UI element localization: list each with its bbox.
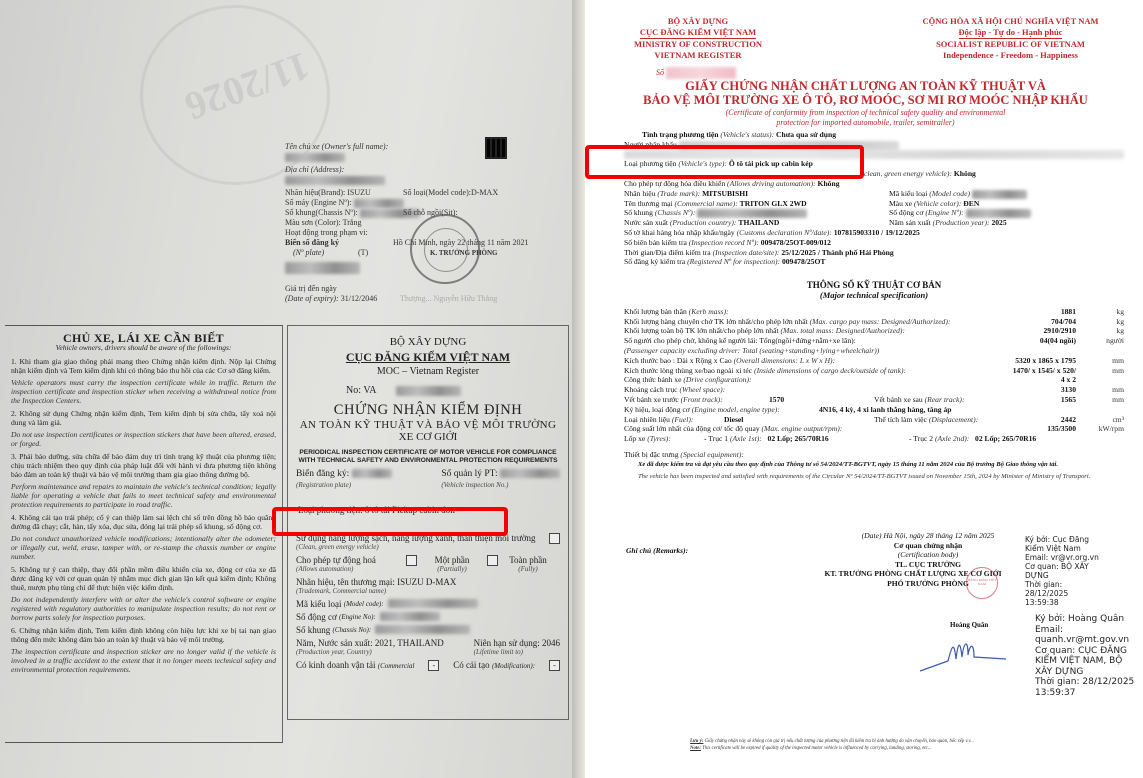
rd-automation-value: Không bbox=[818, 179, 840, 188]
brand-value: ISUZU bbox=[347, 188, 371, 197]
rd-republic: CỘNG HÒA XÃ HỘI CHỦ NGHĨA VIỆT NAM bbox=[888, 16, 1133, 27]
rd-commercial-name-label: Tên thương mại bbox=[624, 199, 673, 208]
spec-row-unit: mm bbox=[1084, 366, 1124, 376]
rd-inspection-value: 25/12/2025 / Thành phố Hải Phòng bbox=[781, 248, 893, 257]
note-item-en: Perform maintenance and repairs to maint… bbox=[11, 482, 276, 509]
rd-color-label: Màu xe bbox=[889, 199, 912, 208]
rd-title-line-1: GIẤY CHỨNG NHẬN CHẤT LƯỢNG AN TOÀN KỸ TH… bbox=[588, 79, 1143, 93]
commercial-checkbox: - bbox=[428, 660, 439, 671]
registration-label-en: (Registration plate) bbox=[296, 481, 351, 489]
rd-record-label-en: (Inspection record Nº): bbox=[689, 238, 759, 247]
rd-customs-value: 107815903310 / 19/12/2025 bbox=[834, 228, 920, 237]
spec-row-value: 2910/2910 bbox=[1044, 326, 1077, 336]
rd-year-label: Năm sản xuất bbox=[889, 218, 931, 227]
rd-registered-value: 009478/25OT bbox=[782, 257, 825, 266]
rd-motto: Độc lập - Tự do - Hạnh phúc bbox=[959, 27, 1063, 39]
modification-checkbox: - bbox=[549, 660, 560, 671]
rd-inspection-label-en: (Inspection date/site): bbox=[713, 248, 780, 257]
signature-line: DỰNG bbox=[1025, 571, 1099, 580]
spec-row-label-en: (Kerb mass): bbox=[689, 307, 729, 316]
expiry-value: 31/12/2046 bbox=[341, 294, 377, 303]
digital-signature-agency: Ký bởi: Cục ĐăngKiểm Việt NamEmail: vr@v… bbox=[1025, 535, 1099, 607]
spec-row-label: Khối lượng bản thân bbox=[624, 307, 687, 316]
spec-row-label: Kích thước lòng thùng xe/bao ngoài xi té… bbox=[624, 366, 752, 375]
rd-model-code-label: Mã kiểu loại bbox=[889, 189, 927, 198]
axle2-value: 02 Lốp; 265/70R16 bbox=[975, 434, 1036, 443]
rd-engine-label-en: (Engine Nº): bbox=[925, 208, 963, 217]
spec-row-value: 5320 x 1865 x 1795 bbox=[1015, 356, 1076, 366]
color-label: Màu sơn (Color): bbox=[285, 218, 341, 227]
spec-row: Khối lượng toàn bộ TK lớn nhất/cho phép … bbox=[624, 326, 1124, 336]
spec-row-label-en: (Overall dimensions: L x W x H): bbox=[734, 356, 836, 365]
rear-track-label: Vết bánh xe sau bbox=[874, 395, 923, 404]
rd-year-value: 2025 bbox=[991, 218, 1006, 227]
trademark-label-en: (Trademark, Commercial name) bbox=[296, 587, 456, 596]
lifetime-value: 2046 bbox=[542, 638, 560, 648]
cert-title: CHỨNG NHẬN KIỂM ĐỊNH bbox=[296, 402, 560, 419]
rd-number-label: Số bbox=[656, 68, 664, 77]
engine-model-value: 4N16, 4 kỳ, 4 xi lanh thẳng hàng, tăng á… bbox=[819, 405, 952, 415]
rd-registered-label: Số đăng ký kiểm tra bbox=[624, 257, 685, 266]
spec-row-label-en: (Inside dimensions of cargo deck/outside… bbox=[754, 366, 906, 375]
fully-label: Toàn phần bbox=[509, 555, 547, 565]
cert-title-en: PERIODICAL INSPECTION CERTIFICATE OF MOT… bbox=[296, 449, 560, 465]
spec-row-value: 4 x 2 bbox=[1061, 375, 1076, 385]
rd-country-label: Nước sản xuất bbox=[624, 218, 668, 227]
modification-label: Có cải tạo bbox=[453, 660, 490, 670]
notes-list: 1. Khi tham gia giao thông phải mang the… bbox=[11, 357, 276, 674]
spec-row-label: Công thức bánh xe bbox=[624, 375, 681, 384]
engine-model-label-en: (Engine model, engine type): bbox=[692, 405, 780, 414]
lifetime-label-en: (Lifetime limit to) bbox=[474, 648, 560, 657]
spec-row: Kích thước lòng thùng xe/bao ngoài xi té… bbox=[624, 366, 1124, 376]
note-item-en: Vehicle operators must carry the inspect… bbox=[11, 378, 276, 405]
note-item-vi: 4. Không cải tạo trái phép; cố ý can thi… bbox=[11, 513, 276, 531]
red-seal-icon: ĐĂNG KIỂM VIỆT NAM bbox=[966, 567, 998, 599]
spec-row-value: 04(04 ngồi) bbox=[1040, 336, 1076, 346]
owner-card: Tên chủ xe (Owner's full name): Địa chỉ … bbox=[285, 142, 535, 304]
rear-track-unit: mm bbox=[1084, 395, 1124, 405]
spec-row: (Passenger capacity excluding driver: To… bbox=[624, 346, 1124, 356]
rd-country-label-en: (Production country): bbox=[670, 218, 737, 227]
expiry-label: Giá trị đến ngày bbox=[285, 284, 337, 293]
footnote-vi: Giấy chứng nhận này sẽ không còn giá trị… bbox=[705, 739, 974, 744]
rd-title: GIẤY CHỨNG NHẬN CHẤT LƯỢNG AN TOÀN KỸ TH… bbox=[588, 79, 1143, 107]
highlight-box-left bbox=[272, 507, 508, 536]
compliance-statement-vi: Xe đã được kiểm tra và đạt yêu cầu theo … bbox=[624, 460, 1124, 469]
footnote-vi-label: Lưu ý: bbox=[690, 739, 703, 744]
production-label: Năm, Nước sản xuất: bbox=[296, 638, 373, 648]
fuel-value: Diesel bbox=[724, 415, 743, 425]
cert-title-2: AN TOÀN KỸ THUẬT VÀ BẢO VỆ MÔI TRƯỜNG bbox=[296, 419, 560, 431]
rd-customs-label: Số tờ khai hàng hóa nhập khẩu/ngày bbox=[624, 228, 735, 237]
sign-date-line: (Date) Hà Nội, ngày 28 tháng 12 năm 2025 bbox=[828, 531, 1028, 541]
spec-row-label-en: (Max. total mass: Designed/Authorized): bbox=[781, 326, 905, 335]
commercial-label: Có kinh doanh vận tải bbox=[296, 660, 376, 670]
automation-label-en: (Allows automation) bbox=[296, 565, 406, 574]
rd-green-label-en: clean, green energy vehicle): bbox=[864, 169, 952, 178]
footnote: Lưu ý: Giấy chứng nhận này sẽ không còn … bbox=[690, 738, 974, 752]
header-right: CỘNG HÒA XÃ HỘI CHỦ NGHĨA VIỆT NAM Độc l… bbox=[888, 16, 1133, 61]
signature-line: Kiểm Việt Nam bbox=[1025, 544, 1099, 553]
right-document-pdf: BỘ XÂY DỰNG CỤC ĐĂNG KIỂM VIỆT NAM MINIS… bbox=[588, 0, 1143, 778]
cert-body-label: Cơ quan chứng nhận bbox=[828, 541, 1028, 551]
signature-line: quanh.vr@mt.gov.vn bbox=[1035, 635, 1134, 646]
rd-ministry: BỘ XÂY DỰNG bbox=[588, 16, 808, 27]
rd-subtitle: (Certificate of conformity from inspecti… bbox=[588, 108, 1143, 128]
axle2-label: - Trục 2 bbox=[909, 434, 933, 443]
certification-body-block: (Date) Hà Nội, ngày 28 tháng 12 năm 2025… bbox=[828, 531, 1028, 588]
production-label-en: (Production year, Country) bbox=[296, 648, 444, 657]
partially-label-en: (Partially) bbox=[417, 565, 487, 574]
rd-engine-label: Số động cơ bbox=[889, 208, 923, 217]
rd-record-value: 009478/25OT-009/012 bbox=[761, 238, 831, 247]
spec-row-value: 3130 bbox=[1061, 385, 1076, 395]
partially-checkbox bbox=[487, 555, 498, 566]
spec-row-label-en: (Passenger capacity excluding driver: To… bbox=[624, 346, 879, 355]
engine-label: Số máy (Engine Nº): bbox=[285, 198, 352, 207]
rd-customs-label-en: (Customs declaration Nº/date): bbox=[737, 228, 832, 237]
cert-agency: CỤC ĐĂNG KIỂM VIỆT NAM bbox=[346, 350, 510, 364]
note-item-en: Do not independently interfere with or a… bbox=[11, 595, 276, 622]
spec-row-value: 1881 bbox=[1061, 307, 1076, 317]
notes-title: CHỦ XE, LÁI XE CẦN BIẾT bbox=[11, 334, 276, 343]
signature-line: Cơ quan: BỘ XÂY bbox=[1025, 562, 1099, 571]
displacement-label-en: (Displacement): bbox=[929, 415, 978, 424]
official-stamp-icon bbox=[410, 214, 480, 284]
spec-row-unit: kg bbox=[1084, 307, 1124, 317]
rd-agency-en: VIETNAM REGISTER bbox=[588, 50, 808, 61]
plate-label: Biển số đăng ký bbox=[285, 238, 339, 247]
owner-notes-panel: CHỦ XE, LÁI XE CẦN BIẾT Vehicle owners, … bbox=[5, 325, 283, 743]
rd-subtitle-line-1: (Certificate of conformity from inspecti… bbox=[588, 108, 1143, 118]
cert-title-3: XE CƠ GIỚI bbox=[296, 431, 560, 443]
axle1-value: 02 Lốp; 265/70R16 bbox=[768, 434, 829, 443]
spec-row-label-en: (Drive configuration): bbox=[683, 375, 751, 384]
rd-color-value: ĐEN bbox=[963, 199, 979, 208]
handwritten-signature-icon bbox=[918, 635, 1008, 675]
rd-automation-label-en: (Allows driving automation): bbox=[727, 179, 816, 188]
cert-engine-label-en: (Engine No): bbox=[339, 612, 376, 622]
rd-commercial-name-value: TRITON GLX 2WD bbox=[740, 199, 807, 208]
rd-registered-label-en: (Registered Nº for inspection): bbox=[687, 257, 780, 266]
notes-subtitle: Vehicle owners, drivers should be aware … bbox=[11, 343, 276, 352]
rd-motto-en: Independence - Freedom - Happiness bbox=[888, 50, 1133, 61]
spec-row-value: 1470/ x 1545/ x 520/ bbox=[1013, 366, 1076, 376]
spec-subtitle: (Major technical specification) bbox=[624, 291, 1124, 301]
signer-role-1: TL. CỤC TRƯỞNG bbox=[828, 560, 1028, 570]
spec-row-label-en: (Max. cargo pay mass: Designed/Authorize… bbox=[810, 317, 951, 326]
owner-label: Tên chủ xe (Owner's full name): bbox=[285, 142, 388, 151]
rd-year-label-en: (Production year): bbox=[933, 218, 990, 227]
signature-line: Email: bbox=[1035, 625, 1134, 636]
signature-line: KIỂM VIỆT NAM, BỘ bbox=[1035, 656, 1134, 667]
owner-card-signer: Thượng... Nguyễn Hữu Thắng bbox=[400, 294, 497, 304]
spec-row-unit: mm bbox=[1084, 356, 1124, 366]
power-label: Công suất lớn nhất của động cơ/ tốc độ q… bbox=[624, 424, 760, 433]
note-item-vi: 1. Khi tham gia giao thông phải mang the… bbox=[11, 357, 276, 375]
engine-model-label: Ký hiệu, loại động cơ bbox=[624, 405, 690, 414]
signature-line: 13:59:37 bbox=[1035, 688, 1134, 699]
spec-row-label: Khối lượng hàng chuyên chở TK lớn nhất/c… bbox=[624, 317, 808, 326]
rd-record-label: Số biên bản kiểm tra bbox=[624, 238, 687, 247]
note-item-vi: 2. Không sử dụng Chứng nhận kiểm định, T… bbox=[11, 409, 276, 427]
rd-title-line-2: BẢO VỆ MÔI TRƯỜNG XE Ô TÔ, RƠ MOÓC, SƠ M… bbox=[588, 93, 1143, 107]
plate-code: (T) bbox=[358, 248, 368, 258]
cert-chassis-label: Số khung bbox=[296, 625, 330, 635]
rd-trademark-value: MITSUBISHI bbox=[702, 189, 748, 198]
power-label-en: (Max. engine output/rpm): bbox=[762, 424, 843, 433]
signature-line: Cơ quan: CỤC ĐĂNG bbox=[1035, 646, 1134, 657]
rd-trademark-label-en: (Trade mark): bbox=[657, 189, 700, 198]
displacement-unit: cm³ bbox=[1084, 415, 1124, 425]
inspection-no-label-en: (Vehicle inspection No.) bbox=[441, 481, 508, 489]
modification-label-en: (Modification): bbox=[492, 662, 535, 670]
cert-model-code-label-en: (Model code): bbox=[344, 599, 384, 609]
fuel-label: Loại nhiên liệu bbox=[624, 415, 670, 424]
rd-model-code-label-en: (Model code) bbox=[929, 189, 970, 198]
rd-color-label-en: (Vehicle color): bbox=[914, 199, 961, 208]
footnote-en-label: Note: bbox=[690, 746, 701, 751]
spec-row: Khối lượng bản thân (Kerb mass):1881kg bbox=[624, 307, 1124, 317]
spec-row: Công thức bánh xe (Drive configuration):… bbox=[624, 375, 1124, 385]
highlight-box-right bbox=[585, 145, 864, 179]
paper-edge bbox=[572, 0, 585, 778]
cert-ministry: BỘ XÂY DỰNG bbox=[296, 336, 560, 348]
rear-track-label-en: (Rear track): bbox=[925, 395, 965, 404]
remarks-label: Ghi chú (Remarks): bbox=[626, 546, 688, 555]
power-value: 135/3500 bbox=[1047, 424, 1076, 434]
green-energy-label-en: (Clean, green energy vehicle) bbox=[296, 543, 536, 552]
footnote-en: This certificate will be expired if qual… bbox=[702, 746, 931, 751]
rd-chassis-label: Số khung bbox=[624, 208, 653, 217]
lifetime-label: Niên hạn sử dụng: bbox=[474, 638, 540, 648]
production-value: 2021, THAILAND bbox=[375, 638, 444, 648]
commercial-label-en: (Commercial bbox=[378, 662, 415, 670]
spec-row-unit: mm bbox=[1084, 385, 1124, 395]
front-track-value: 1570 bbox=[769, 395, 784, 405]
model-code-value: D-MAX bbox=[471, 188, 498, 197]
signer-role-3: PHÓ TRƯỞNG PHÒNG bbox=[828, 579, 1028, 589]
rear-track-value: 1565 bbox=[1061, 395, 1076, 405]
spec-rows: Khối lượng bản thân (Kerb mass):1881kgKh… bbox=[624, 307, 1124, 395]
status-label: Tình trạng phương tiện bbox=[642, 130, 719, 139]
automation-label: Cho phép tự động hoá bbox=[296, 555, 376, 565]
spec-row-value: 704/704 bbox=[1051, 317, 1076, 327]
spec-row-unit: kg bbox=[1084, 326, 1124, 336]
tyres-label-en: (Tyres): bbox=[647, 434, 671, 443]
axle1-label-en: (Axle 1st): bbox=[730, 434, 762, 443]
spec-row: Số người cho phép chở, không kể người lá… bbox=[624, 336, 1124, 346]
signer-name: Hoàng Quân bbox=[950, 621, 988, 629]
rd-chassis-label-en: (Chassis Nº): bbox=[655, 208, 696, 217]
spec-row: Kích thước bao : Dài x Rộng x Cao (Overa… bbox=[624, 356, 1124, 366]
signature-line: Thời gian: bbox=[1025, 580, 1099, 589]
front-track-label-en: (Front track): bbox=[681, 395, 723, 404]
note-item-vi: 3. Phải bảo dưỡng, sửa chữa để bảo đảm d… bbox=[11, 452, 276, 479]
spec-row-label: Số người cho phép chở, không kể người lá… bbox=[624, 336, 856, 345]
seal-text: ĐĂNG KIỂM VIỆT NAM bbox=[968, 578, 997, 586]
spec-row-label: Khoảng cách trục bbox=[624, 385, 678, 394]
expiry-label-en: (Date of expiry): bbox=[285, 294, 339, 303]
axle1-label: - Trục 1 bbox=[704, 434, 728, 443]
displacement-value: 2442 bbox=[1061, 415, 1076, 425]
special-equipment-label-en: (Special equipment): bbox=[680, 450, 743, 459]
spec-row-unit: kg bbox=[1084, 317, 1124, 327]
spec-row: Khoảng cách trục (Wheel space):3130mm bbox=[624, 385, 1124, 395]
signature-line: Ký bởi: Hoàng Quân bbox=[1035, 614, 1134, 625]
rd-commercial-name-label-en: (Commercial name): bbox=[675, 199, 738, 208]
spec-row-unit: người bbox=[1084, 336, 1124, 346]
brand-label: Nhãn hiệu(Brand): bbox=[285, 188, 345, 197]
cert-number-label: No: VA bbox=[346, 385, 376, 396]
note-item-vi: 6. Chứng nhận kiểm định, Tem kiểm định k… bbox=[11, 626, 276, 644]
cert-model-code-label: Mã kiểu loại bbox=[296, 599, 342, 609]
signature-line: Thời gian: 28/12/2025 bbox=[1035, 677, 1134, 688]
signature-line: Ký bởi: Cục Đăng bbox=[1025, 535, 1099, 544]
special-equipment-label: Thiết bị đặc trưng bbox=[624, 450, 679, 459]
rd-number-line: Số bbox=[656, 67, 736, 79]
rd-body: Tình trạng phương tiện (Vehicle's status… bbox=[624, 130, 1124, 481]
rd-automation-label: Cho phép tự động hóa điều khiển bbox=[624, 179, 725, 188]
signature-line: XÂY DỰNG bbox=[1035, 667, 1134, 678]
power-unit: kW/rpm bbox=[1084, 424, 1124, 434]
plate-sub-label: (Nº plate) bbox=[285, 248, 324, 257]
cert-engine-label: Số động cơ bbox=[296, 612, 337, 622]
note-item-vi: 5. Không tự ý can thiệp, thay đổi phần m… bbox=[11, 565, 276, 592]
registration-label: Biển đăng ký: bbox=[296, 469, 349, 479]
tyres-label: Lốp xe bbox=[624, 434, 645, 443]
digital-signature-person: Ký bởi: Hoàng QuânEmail:quanh.vr@mt.gov.… bbox=[1035, 614, 1134, 698]
cert-agency-en: MOC – Vietnam Register bbox=[296, 366, 560, 377]
fuel-label-en: (Fuel): bbox=[672, 415, 694, 424]
fully-label-en: (Fully) bbox=[498, 565, 558, 574]
rd-green-value: Không bbox=[954, 169, 976, 178]
spec-row-label: Kích thước bao : Dài x Rộng x Cao bbox=[624, 356, 732, 365]
note-item-en: The inspection certificate and inspectio… bbox=[11, 647, 276, 674]
spec-row-label: Khối lượng toàn bộ TK lớn nhất/cho phép … bbox=[624, 326, 779, 335]
color-value: Trắng bbox=[343, 218, 362, 227]
automation-checkbox bbox=[406, 555, 417, 566]
rd-ministry-en: MINISTRY OF CONSTRUCTION bbox=[588, 39, 808, 50]
status-value: Chưa qua sử dụng bbox=[776, 130, 836, 139]
cert-chassis-label-en: (Chassis No): bbox=[333, 625, 372, 635]
rd-trademark-label: Nhãn hiệu bbox=[624, 189, 655, 198]
trademark-value: ISUZU D-MAX bbox=[397, 577, 456, 587]
axle2-label-en: (Axle 2nd): bbox=[935, 434, 969, 443]
note-item-en: Do not use inspection certificates or in… bbox=[11, 430, 276, 448]
spec-row-label-en: (Wheel space): bbox=[679, 385, 725, 394]
cert-body-label-en: (Certification body) bbox=[828, 550, 1028, 560]
front-track-label: Vết bánh xe trước bbox=[624, 395, 679, 404]
status-label-en: (Vehicle's status): bbox=[720, 130, 774, 139]
rd-subtitle-line-2: protection for imported automobile, trai… bbox=[588, 118, 1143, 128]
compliance-statement-en: The vehicle has been inspected and satis… bbox=[624, 472, 1124, 481]
spec-row: Khối lượng hàng chuyên chở TK lớn nhất/c… bbox=[624, 317, 1124, 327]
partially-label: Một phần bbox=[435, 555, 470, 565]
note-item-en: Do not conduct unauthorized vehicle modi… bbox=[11, 534, 276, 561]
model-code-label: Số loại(Model code): bbox=[403, 188, 471, 197]
address-label: Địa chỉ (Address): bbox=[285, 165, 344, 174]
operating-range-label: Hoạt động trong phạm vi: bbox=[285, 228, 368, 237]
displacement-label: Thể tích làm việc bbox=[874, 415, 927, 424]
left-document-photo: 11/2026 Tên chủ xe (Owner's full name): … bbox=[0, 0, 585, 778]
signature-line: 13:59:38 bbox=[1025, 598, 1099, 607]
chassis-label: Số khung(Chassis Nº): bbox=[285, 208, 358, 217]
green-energy-checkbox bbox=[549, 533, 560, 544]
trademark-label: Nhãn hiệu, tên thương mại: bbox=[296, 577, 395, 587]
signature-line: Email: vr@vr.org.vn bbox=[1025, 553, 1099, 562]
header-left: BỘ XÂY DỰNG CỤC ĐĂNG KIỂM VIỆT NAM MINIS… bbox=[588, 16, 808, 61]
rd-country-value: THAILAND bbox=[738, 218, 779, 227]
rd-agency: CỤC ĐĂNG KIỂM VIỆT NAM bbox=[640, 27, 756, 39]
signature-line: 28/12/2025 bbox=[1025, 589, 1099, 598]
rd-inspection-label: Thời gian/Địa điểm kiểm tra bbox=[624, 248, 711, 257]
rd-republic-en: SOCIALIST REPUBLIC OF VIETNAM bbox=[888, 39, 1133, 50]
inspection-no-label: Số quản lý PT: bbox=[441, 469, 497, 479]
